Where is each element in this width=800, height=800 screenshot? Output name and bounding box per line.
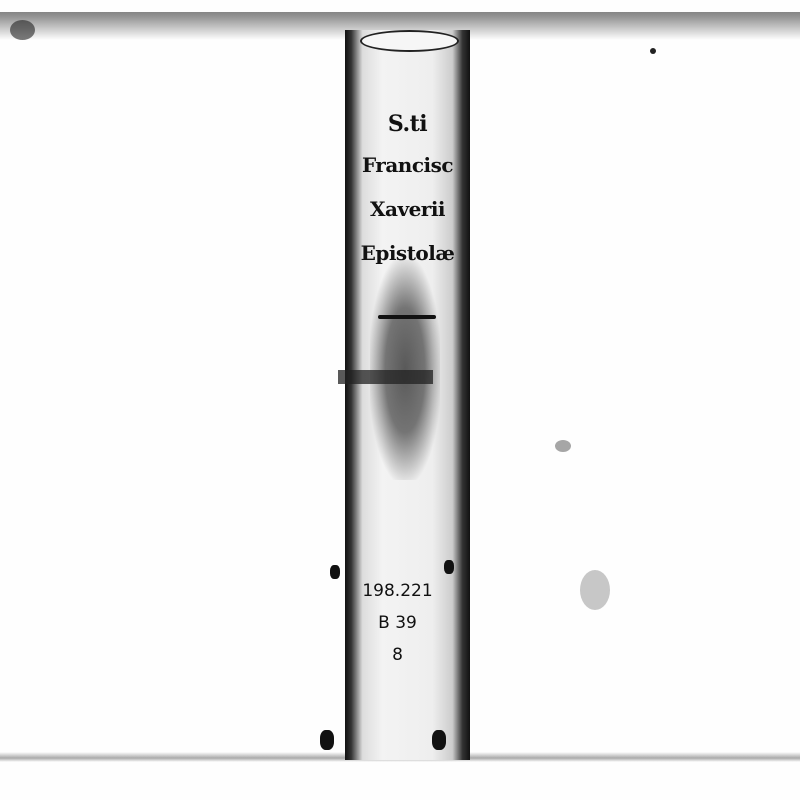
book-spine-scan: S.ti Francisc Xaverii Epistolæ 198.221 B… bbox=[0, 0, 800, 800]
spine-tie bbox=[444, 560, 454, 574]
spine-tie bbox=[330, 565, 340, 579]
call-number-line: B 39 bbox=[350, 607, 445, 639]
spine-band bbox=[338, 370, 433, 384]
spine-tie bbox=[320, 730, 334, 750]
speck bbox=[10, 20, 35, 40]
speck bbox=[555, 440, 571, 452]
spine-tie bbox=[432, 730, 446, 750]
title-line: S.ti bbox=[355, 105, 460, 143]
spine-headcap bbox=[360, 30, 459, 52]
spine-title: S.ti Francisc Xaverii Epistolæ bbox=[355, 105, 460, 275]
shelf-label: 198.221 B 39 8 bbox=[350, 575, 445, 695]
call-number-line: 198.221 bbox=[350, 575, 445, 607]
spine-rule bbox=[378, 315, 436, 319]
title-line: Francisc bbox=[355, 143, 460, 187]
speck bbox=[650, 48, 656, 54]
speck bbox=[580, 570, 610, 610]
title-line: Epistolæ bbox=[355, 231, 460, 275]
title-line: Xaverii bbox=[355, 187, 460, 231]
call-number-line: 8 bbox=[350, 639, 445, 671]
